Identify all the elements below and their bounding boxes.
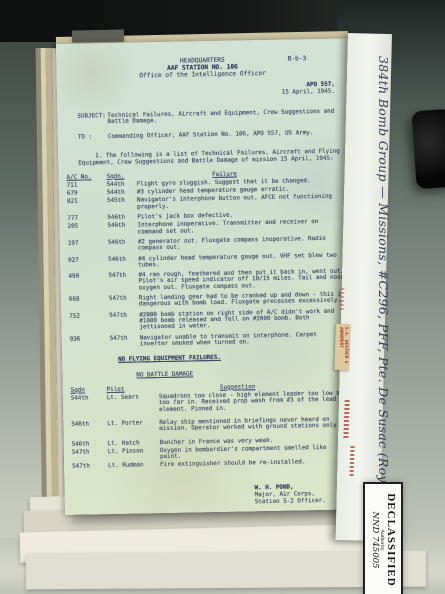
failure-row: 205 546th Interphone inoperative. Transm… xyxy=(67,219,343,237)
sqdn: 547th xyxy=(108,273,138,292)
failure-text: #4 cylinder head temperature gauge out. … xyxy=(138,252,344,269)
pilot-name: Lt. Pinson xyxy=(108,448,160,462)
photo-scene: B-b-3 HEADQUARTERS AAF STATION NO. 106 O… xyxy=(0,0,445,594)
failure-row: 936 547th Navigator unable to transmit o… xyxy=(70,331,346,349)
sqdn: 544th xyxy=(107,190,137,197)
sqdn: 544th xyxy=(107,181,137,188)
subject-row: SUBJECT: Technical Failures, Aircraft an… xyxy=(77,108,341,127)
ac-number: 711 xyxy=(67,182,107,189)
ac-number: 027 xyxy=(68,257,108,270)
suggestion-text: Oxygen in bombardier's compartment smell… xyxy=(160,444,348,460)
memo-letterhead: B-b-3 HEADQUARTERS AAF STATION NO. 106 O… xyxy=(76,55,328,81)
failure-text: #2 generator out. Fluxgate compass inope… xyxy=(138,235,344,252)
suggestion-text: Fire extinguisher should be re-installed… xyxy=(160,459,348,469)
suggestion-row: 544th Lt. Sears Squadrons too close - hi… xyxy=(71,390,347,414)
binder-clip-shadow xyxy=(72,29,124,42)
suggestion-text: Squadrons too close - high element leade… xyxy=(159,390,347,412)
pilot-name: Lt. Hatch xyxy=(108,440,160,447)
suggestion-text: Relay ship mentioned in briefings never … xyxy=(159,416,347,432)
pilot-name: Lt. Sears xyxy=(107,394,159,414)
ac-number: 205 xyxy=(67,223,107,236)
no-battle-damage-line: NO BATTLE DAMAGE xyxy=(136,368,346,379)
memo-page: B-b-3 HEADQUARTERS AAF STATION NO. 106 O… xyxy=(56,38,357,515)
header-pilot: Pilot xyxy=(107,386,159,393)
sqdn: 544th xyxy=(71,395,107,415)
declassified-stamp: DECLASSIFIED Authority NND 745005 xyxy=(363,482,403,594)
declassified-authority-number: NND 745005 xyxy=(370,512,379,569)
sqdn: 547th xyxy=(72,463,108,470)
sqdn: 547th xyxy=(72,449,108,462)
ac-number: 490 xyxy=(68,273,108,293)
red-stamp-fragment xyxy=(340,288,345,310)
paragraph-1: 1. The following is a list of Technical … xyxy=(78,149,340,168)
sqdn: 545th xyxy=(107,198,137,211)
failure-row: 821 545th Navigator's interphone button … xyxy=(67,194,343,212)
dark-object xyxy=(411,109,445,190)
failure-row: 490 547th #4 ran rough, feathered and th… xyxy=(68,269,344,293)
ac-number: 821 xyxy=(67,199,107,212)
header-sqdn: Sqdn xyxy=(71,387,107,394)
subject-text: Technical Failures, Aircraft and Equipme… xyxy=(107,108,341,126)
declassified-title: DECLASSIFIED xyxy=(385,493,396,586)
ac-number: 752 xyxy=(69,313,109,333)
to-row: TO : Commanding Officer, AAF Station No.… xyxy=(78,130,342,142)
signature-block: W. H. POND, Major, Air Corps, Station S-… xyxy=(255,483,349,506)
page-code: B-b-3 xyxy=(288,55,307,63)
sqdn: 546th xyxy=(72,441,108,448)
sqdn: 546th xyxy=(107,215,137,222)
failure-row: 027 546th #4 cylinder head temperature g… xyxy=(68,252,344,270)
ac-number: 936 xyxy=(70,336,110,349)
suggestion-row: 546th Lt. Porter Relay ship mentioned in… xyxy=(71,416,347,434)
apo-date-block: APO 557, 15 April, 1945. xyxy=(65,81,335,100)
ac-number: 668 xyxy=(69,296,109,309)
sqdn: 546th xyxy=(107,223,137,236)
to-text: Commanding Officer, AAF Station No. 106,… xyxy=(108,130,342,141)
ac-number: 777 xyxy=(67,215,107,222)
header-ac-no: A/C No. xyxy=(67,174,107,181)
handwritten-annotation: 384th Bomb Group — Missions, #C296, PFF,… xyxy=(361,56,391,518)
red-stamp-tab-text: S-4, WEATHER & ARMAMENT xyxy=(336,327,349,370)
ac-number: 679 xyxy=(67,190,107,197)
to-label: TO : xyxy=(78,134,108,141)
sqdn: 547th xyxy=(109,312,139,331)
sqdn: 547th xyxy=(110,335,140,348)
failure-text: Navigator unable to transmit on interpho… xyxy=(140,331,346,348)
header-sqdn: Sqdn. xyxy=(106,173,136,180)
sqdn: 547th xyxy=(109,296,139,309)
no-flying-equipment-failures-line: NO FLYING EQUIPMENT FAILURES. xyxy=(118,353,346,364)
failure-row: 668 547th Right landing gear had to be c… xyxy=(69,292,345,310)
failure-text: Navigator's interphone button out. AFCE … xyxy=(137,194,343,211)
sqdn: 546th xyxy=(108,256,138,269)
failure-text: Interphone inoperative. Transmitter and … xyxy=(137,219,343,236)
sqdn: 546th xyxy=(71,421,107,434)
sqdn: 546th xyxy=(108,239,138,252)
pilot-name: Lt. Rudman xyxy=(108,462,160,469)
signature-title: Station S-2 Officer. xyxy=(255,498,349,507)
failure-text: Right landing gear had to be cranked up … xyxy=(139,292,345,309)
pilot-name: Lt. Porter xyxy=(107,420,159,434)
failure-text: #2000 bomb station on right side of A/C … xyxy=(139,308,345,331)
failures-table: A/C No. Sqdn. Failure 711 544th Flight g… xyxy=(67,169,346,349)
failure-row: 197 546th #2 generator out. Fluxgate com… xyxy=(68,235,344,253)
subject-label: SUBJECT: xyxy=(77,113,107,127)
ac-number: 197 xyxy=(68,240,108,253)
suggestions-table: Sqdn Pilot Suggestion 544th Lt. Sears Sq… xyxy=(71,382,349,470)
failure-row: 752 547th #2000 bomb station on right si… xyxy=(69,308,345,332)
failure-text: #4 ran rough, feathered and then put it … xyxy=(138,269,344,292)
